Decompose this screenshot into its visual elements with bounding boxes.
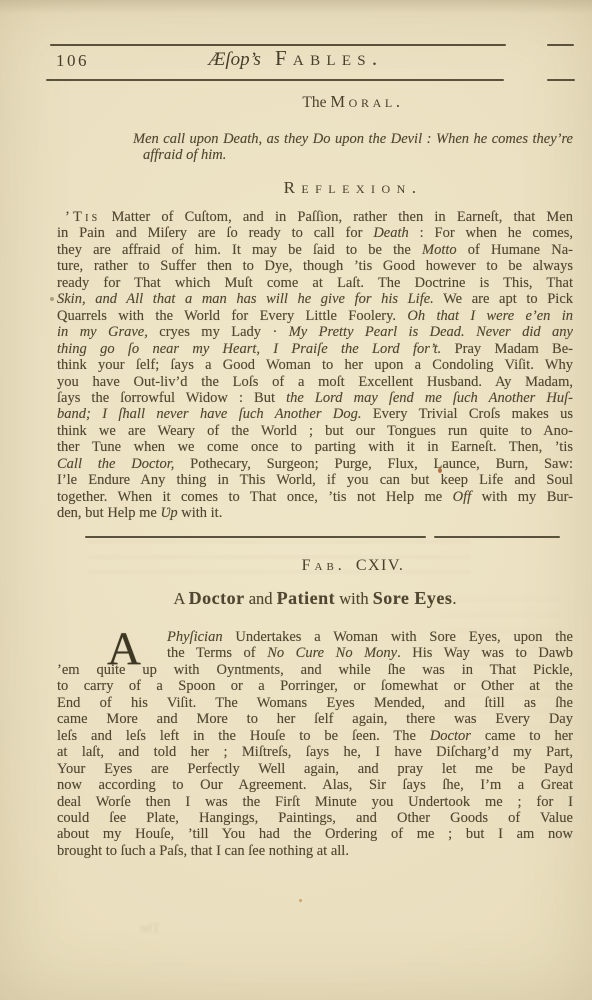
text-segment: Doctor xyxy=(430,728,471,744)
text-segment: A xyxy=(173,589,188,608)
text-segment: the Terms of xyxy=(167,645,267,661)
text-segment: den, but Help me xyxy=(57,505,161,521)
fable-paragraph: A Phyſician Undertakes a Woman with Sore… xyxy=(57,629,573,859)
drop-cap: A xyxy=(107,629,141,669)
text-segment: Phyſician xyxy=(167,629,223,645)
text-line: together. When it comes to That once, ’t… xyxy=(57,489,573,505)
text-segment: with xyxy=(335,589,373,608)
text-segment: Quarrels with the World for Every Little… xyxy=(57,308,407,324)
text-segment: to carry of a Spoon or a Porringer, or ſ… xyxy=(57,678,573,694)
section-divider xyxy=(85,536,426,538)
text-segment: Men call upon Death, as they Do upon the… xyxy=(133,131,573,147)
text-segment: think we are Weary of the World ; but ou… xyxy=(57,423,573,439)
moral-text: Men call upon Death, as they Do upon the… xyxy=(57,131,573,164)
text-segment: Pray Madam Be- xyxy=(441,341,573,357)
text-line: band; I ſhall never have ſuch Another Do… xyxy=(57,406,573,422)
fable-number-label: Fab. xyxy=(302,557,346,574)
text-segment: We are apt to Pick xyxy=(434,291,573,307)
text-line: deal Worſe then I was the Firſt Minute y… xyxy=(57,794,573,810)
text-segment: No Cure No Mony xyxy=(267,645,397,661)
text-line: End of his Viſit. The Womans Eyes Mended… xyxy=(57,695,573,711)
text-line: the Terms of No Cure No Mony. His Way wa… xyxy=(167,645,573,661)
text-segment: brought to ſuch a Paſs, that I can ſee n… xyxy=(57,843,349,859)
text-line: could ſee Plate, Hangings, Paintings, an… xyxy=(57,810,573,826)
text-line: in Pain and Miſery are ſo ready to call … xyxy=(57,225,573,241)
text-line: in my Grave, cryes my Lady · My Pretty P… xyxy=(57,324,573,340)
book-page: 106 Æſop’s Fables. The Moral. Men call u… xyxy=(0,0,592,1000)
text-segment: My Pretty Pearl is Dead. Never did any xyxy=(289,324,573,340)
text-segment: could ſee Plate, Hangings, Paintings, an… xyxy=(57,810,573,826)
text-line: ’Tis Matter of Cuſtom, and in Paſſion, r… xyxy=(57,209,573,225)
text-segment: . His Way was to Dawb xyxy=(397,645,573,661)
reflexion-paragraph: ’Tis Matter of Cuſtom, and in Paſſion, r… xyxy=(57,209,573,522)
text-segment: Doctor xyxy=(189,588,245,608)
text-segment: band; I ſhall never have ſuch Another Do… xyxy=(57,406,361,422)
text-segment: Sore Eyes xyxy=(373,588,453,608)
text-segment: with it. xyxy=(178,505,223,521)
text-segment: thing go ſo near my Heart, I Praiſe the … xyxy=(57,341,441,357)
fable-title: A Doctor and Patient with Sore Eyes. xyxy=(57,590,573,607)
catchword-ghost: The xyxy=(100,920,160,935)
text-segment: of Humane Na- xyxy=(457,242,573,258)
text-line: ready for That which Muſt come at Laſt. … xyxy=(57,275,573,291)
text-segment: together. When it comes to That once, ’t… xyxy=(57,489,453,505)
text-line: Phyſician Undertakes a Woman with Sore E… xyxy=(167,629,573,645)
text-segment: Your Eyes are Perfectly Well again, and … xyxy=(57,761,573,777)
text-segment: ſays the ſorrowful Widow : But xyxy=(57,390,286,406)
reflexion-heading: Reflexion. xyxy=(57,178,592,198)
header-rule-bottom xyxy=(46,79,504,81)
text-segment: Motto xyxy=(422,242,457,258)
text-segment: ready for That which Muſt come at Laſt. … xyxy=(57,275,573,291)
text-segment: think your ſelf; ſays a Good Woman to he… xyxy=(57,357,573,373)
text-segment: I’le Endure Any thing in This World, if … xyxy=(57,472,573,488)
text-line: ture, rather to Suffer then to Dye, thou… xyxy=(57,258,573,274)
text-segment: Ʋp xyxy=(161,505,178,521)
text-segment: Matter of Cuſtom, and in Paſſion, rather… xyxy=(100,209,573,225)
text-segment: they are affraid of him. It may be ſaid … xyxy=(57,242,422,258)
text-line: you have Out-liv’d the Loſs of a moſt Ex… xyxy=(57,374,573,390)
text-line: leſs and leſs left in the Houſe to be ſe… xyxy=(57,728,573,744)
text-segment: Death xyxy=(373,225,408,241)
moral-heading-word: Moral. xyxy=(330,92,403,111)
text-segment: Call the Doctor, xyxy=(57,456,174,472)
text-line: to carry of a Spoon or a Porringer, or ſ… xyxy=(57,678,573,694)
text-line: Call the Doctor, Pothecary, Surgeon; Pur… xyxy=(57,456,573,472)
text-line: Your Eyes are Perfectly Well again, and … xyxy=(57,761,573,777)
text-line: affraid of him. xyxy=(143,147,573,163)
moral-heading-prefix: The xyxy=(302,94,326,111)
text-segment: Off xyxy=(453,489,472,505)
fable-number: Fab. CXIV. xyxy=(57,557,592,575)
text-line: Skin, and All that a man has will he giv… xyxy=(57,291,573,307)
text-segment: now according to Our Agreement. Alas, Si… xyxy=(57,777,573,793)
text-segment: End of his Viſit. The Womans Eyes Mended… xyxy=(57,695,573,711)
header-rule-bottom-right xyxy=(547,79,575,81)
text-segment: you have Out-liv’d the Loſs of a moſt Ex… xyxy=(57,374,573,390)
text-segment: the Lord may ſend me ſuch Another Huſ- xyxy=(286,390,573,406)
section-divider-right xyxy=(434,536,560,538)
text-segment: ’Tis xyxy=(65,209,100,225)
text-line: at laſt, and told her ; Miſtreſs, ſays h… xyxy=(57,744,573,760)
fable-number-roman: CXIV. xyxy=(356,557,405,574)
text-line: they are affraid of him. It may be ſaid … xyxy=(57,242,573,258)
ink-speck xyxy=(50,297,54,301)
text-segment: and xyxy=(245,589,277,608)
text-segment: : For when he comes, xyxy=(409,225,573,241)
text-segment: leſs and leſs left in the Houſe to be ſe… xyxy=(57,728,430,744)
text-segment: came to her xyxy=(471,728,573,744)
text-line: about my Houſe, ’till You had the Orderi… xyxy=(57,826,573,842)
text-segment: Oh that I were e’en in xyxy=(407,308,573,324)
text-line: den, but Help me Ʋp with it. xyxy=(57,505,573,521)
text-line: came More and More to her ſelf again, th… xyxy=(57,711,573,727)
text-line: brought to ſuch a Paſs, that I can ſee n… xyxy=(57,843,573,859)
text-segment: Skin, and All that a man has will he giv… xyxy=(57,291,434,307)
text-segment: with my Bur- xyxy=(471,489,573,505)
text-segment: deal Worſe then I was the Firſt Minute y… xyxy=(57,794,573,810)
moral-heading: The Moral. xyxy=(57,92,592,112)
text-segment: Every Trivial Croſs makes us xyxy=(361,406,573,422)
text-line: Men call upon Death, as they Do upon the… xyxy=(133,131,573,147)
text-line: think we are Weary of the World ; but ou… xyxy=(57,423,573,439)
text-segment: came More and More to her ſelf again, th… xyxy=(57,711,573,727)
running-title-aesop: Æſop’s xyxy=(209,49,261,70)
text-line: thing go ſo near my Heart, I Praiſe the … xyxy=(57,341,573,357)
text-line: now according to Our Agreement. Alas, Si… xyxy=(57,777,573,793)
catchword: The xyxy=(57,897,592,914)
running-title: Æſop’s Fables. xyxy=(0,46,592,71)
text-segment: at laſt, and told her ; Miſtreſs, ſays h… xyxy=(57,744,573,760)
text-segment: Undertakes a Woman with Sore Eyes, upon … xyxy=(223,629,573,645)
text-segment: . xyxy=(452,589,456,608)
text-segment: in my Grave, xyxy=(57,324,148,340)
text-segment: Patient xyxy=(277,588,335,608)
text-line: ther Tune when we come once to parting w… xyxy=(57,439,573,455)
text-segment: about my Houſe, ’till You had the Orderi… xyxy=(57,826,573,842)
text-segment: affraid of him. xyxy=(143,147,226,163)
text-line: Quarrels with the World for Every Little… xyxy=(57,308,573,324)
running-title-fables: Fables. xyxy=(275,46,384,70)
text-line: think your ſelf; ſays a Good Woman to he… xyxy=(57,357,573,373)
text-line: ſays the ſorrowful Widow : But the Lord … xyxy=(57,390,573,406)
text-line: I’le Endure Any thing in This World, if … xyxy=(57,472,573,488)
text-segment: Pothecary, Surgeon; Purge, Flux, Launce,… xyxy=(174,456,573,472)
reflexion-heading-word: Reflexion. xyxy=(284,178,423,197)
text-segment: ther Tune when we come once to parting w… xyxy=(57,439,573,455)
text-segment: in Pain and Miſery are ſo ready to call … xyxy=(57,225,373,241)
text-segment: cryes my Lady · xyxy=(148,324,289,340)
text-line: A Doctor and Patient with Sore Eyes. xyxy=(57,590,573,607)
text-segment: ture, rather to Suffer then to Dye, thou… xyxy=(57,258,573,274)
